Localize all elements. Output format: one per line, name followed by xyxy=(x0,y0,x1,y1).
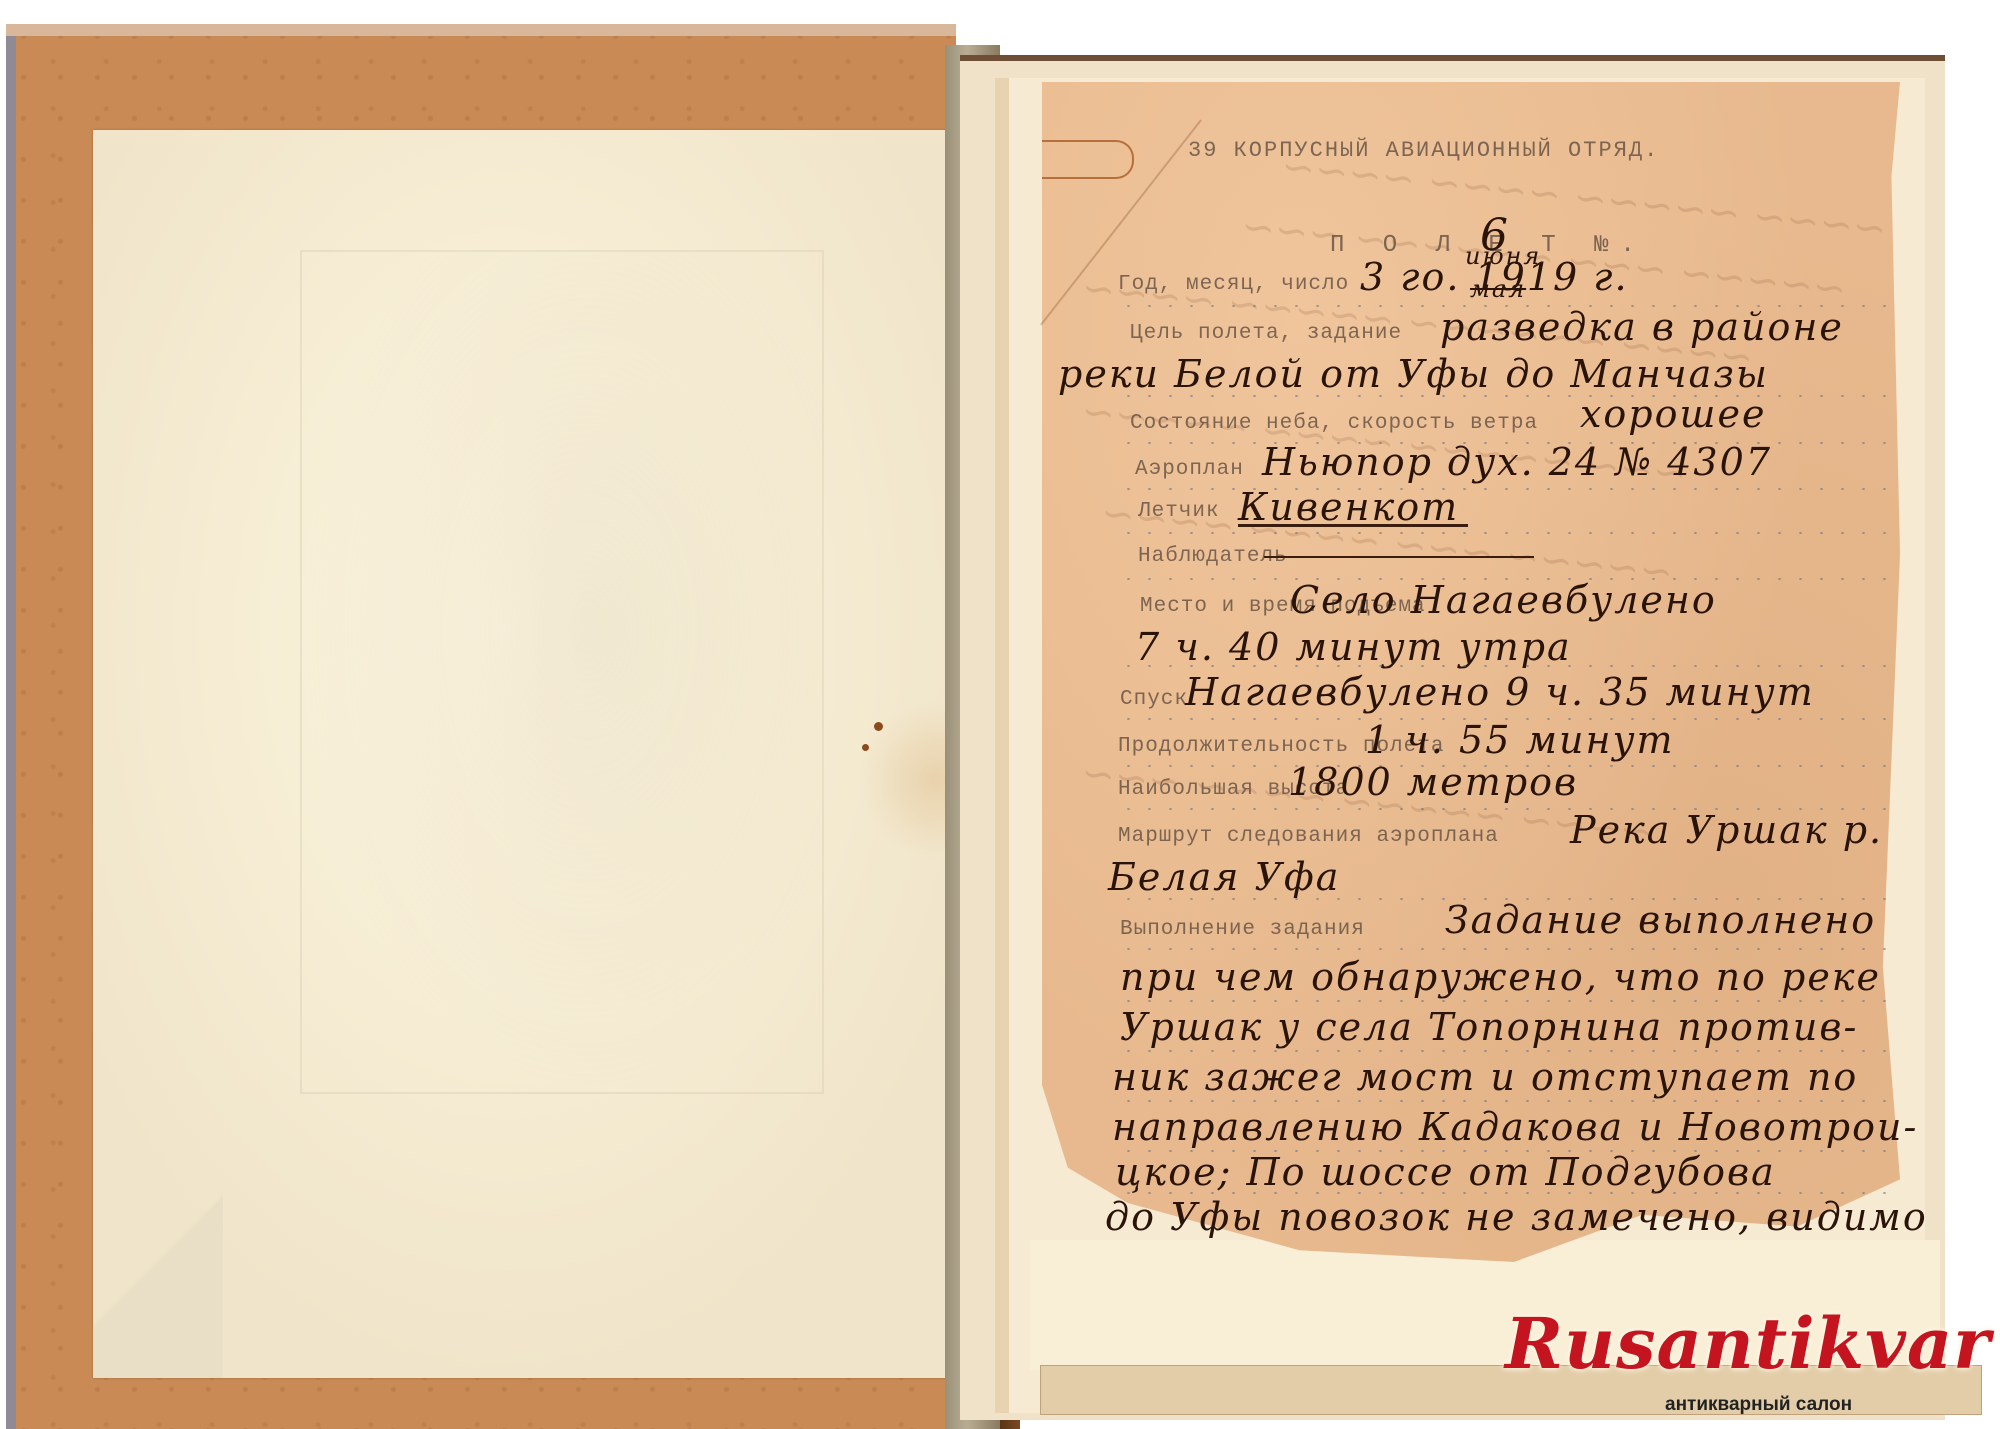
report-line: при чем обнаружено, что по реке xyxy=(1120,955,1881,999)
field-label-date: Год, месяц, число xyxy=(1118,273,1349,296)
field-label-weather: Состояние неба, скорость ветра xyxy=(1130,412,1538,435)
field-label-landing: Спуск xyxy=(1120,688,1188,711)
field-value-purpose-cont: реки Белой от Уфы до Манчазы xyxy=(1058,352,1769,396)
stain-spot xyxy=(874,722,883,731)
field-value-purpose: разведка в районе xyxy=(1440,305,1844,349)
report-line: направлению Кадакова и Новотрои- xyxy=(1112,1105,1918,1149)
field-value-execution: Задание выполнено xyxy=(1445,898,1876,942)
field-value-duration: 1 ч. 55 минут xyxy=(1365,718,1675,762)
struck-month: мая xyxy=(1470,275,1526,303)
brand-tagline: антикварный салон xyxy=(1665,1394,1852,1416)
stain-spot xyxy=(862,744,869,751)
dotted-guide xyxy=(1118,1192,1898,1194)
sheet-folded-corner xyxy=(93,1150,223,1378)
dotted-guide xyxy=(1118,488,1898,490)
dotted-guide xyxy=(1118,1000,1898,1002)
field-value-landing: Нагаевбулено 9 ч. 35 минут xyxy=(1185,670,1815,714)
report-line: ник зажег мост и отступает по xyxy=(1112,1055,1858,1099)
faded-portrait-impression xyxy=(300,250,824,1094)
report-line: Уршак у села Топорнина против- xyxy=(1120,1005,1858,1049)
dotted-guide xyxy=(1118,532,1898,534)
paperclip-rust-mark xyxy=(1042,140,1134,179)
dotted-guide xyxy=(1118,665,1898,667)
field-label-route: Маршрут следования аэроплана xyxy=(1118,825,1499,848)
field-value-pilot: Кивенкот xyxy=(1238,485,1459,529)
report-line: цкое; По шоссе от Подгубова xyxy=(1115,1150,1776,1194)
field-value-altitude: 1800 метров xyxy=(1288,760,1578,804)
dotted-guide xyxy=(1118,948,1898,950)
field-label-pilot: Летчик xyxy=(1138,500,1220,523)
pilot-underline xyxy=(1238,524,1468,527)
field-value-weather: хорошее xyxy=(1580,392,1766,436)
dotted-guide xyxy=(1118,395,1898,397)
corrected-month: июня xyxy=(1465,242,1541,270)
observer-blank-line xyxy=(1264,556,1534,558)
field-label-execution: Выполнение задания xyxy=(1120,918,1365,941)
field-value-route-cont: Белая Уфа xyxy=(1108,855,1340,899)
report-line: до Уфы повозок не замечено, видимо xyxy=(1105,1195,1928,1239)
dotted-guide xyxy=(1118,1050,1898,1052)
field-label-purpose: Цель полета, задание xyxy=(1130,322,1402,345)
field-value-aircraft: Ньюпор дух. 24 № 4307 xyxy=(1262,440,1772,484)
field-value-route: Река Уршак р. xyxy=(1570,808,1883,852)
brand-name: Rusantikvar xyxy=(1505,1302,1991,1385)
unit-header: 39 КОРПУСНЫЙ АВИАЦИОННЫЙ ОТРЯД. xyxy=(1188,138,1659,163)
dotted-guide xyxy=(1118,1100,1898,1102)
field-label-aircraft: Аэроплан xyxy=(1135,458,1244,481)
field-value-takeoff-time: 7 ч. 40 минут утра xyxy=(1135,625,1572,669)
watermark-logo: Rusantikvar антикварный салон xyxy=(1495,1302,2000,1429)
field-value-takeoff: Село Нагаевбулено xyxy=(1290,578,1717,622)
cover-top-edge xyxy=(6,24,956,36)
